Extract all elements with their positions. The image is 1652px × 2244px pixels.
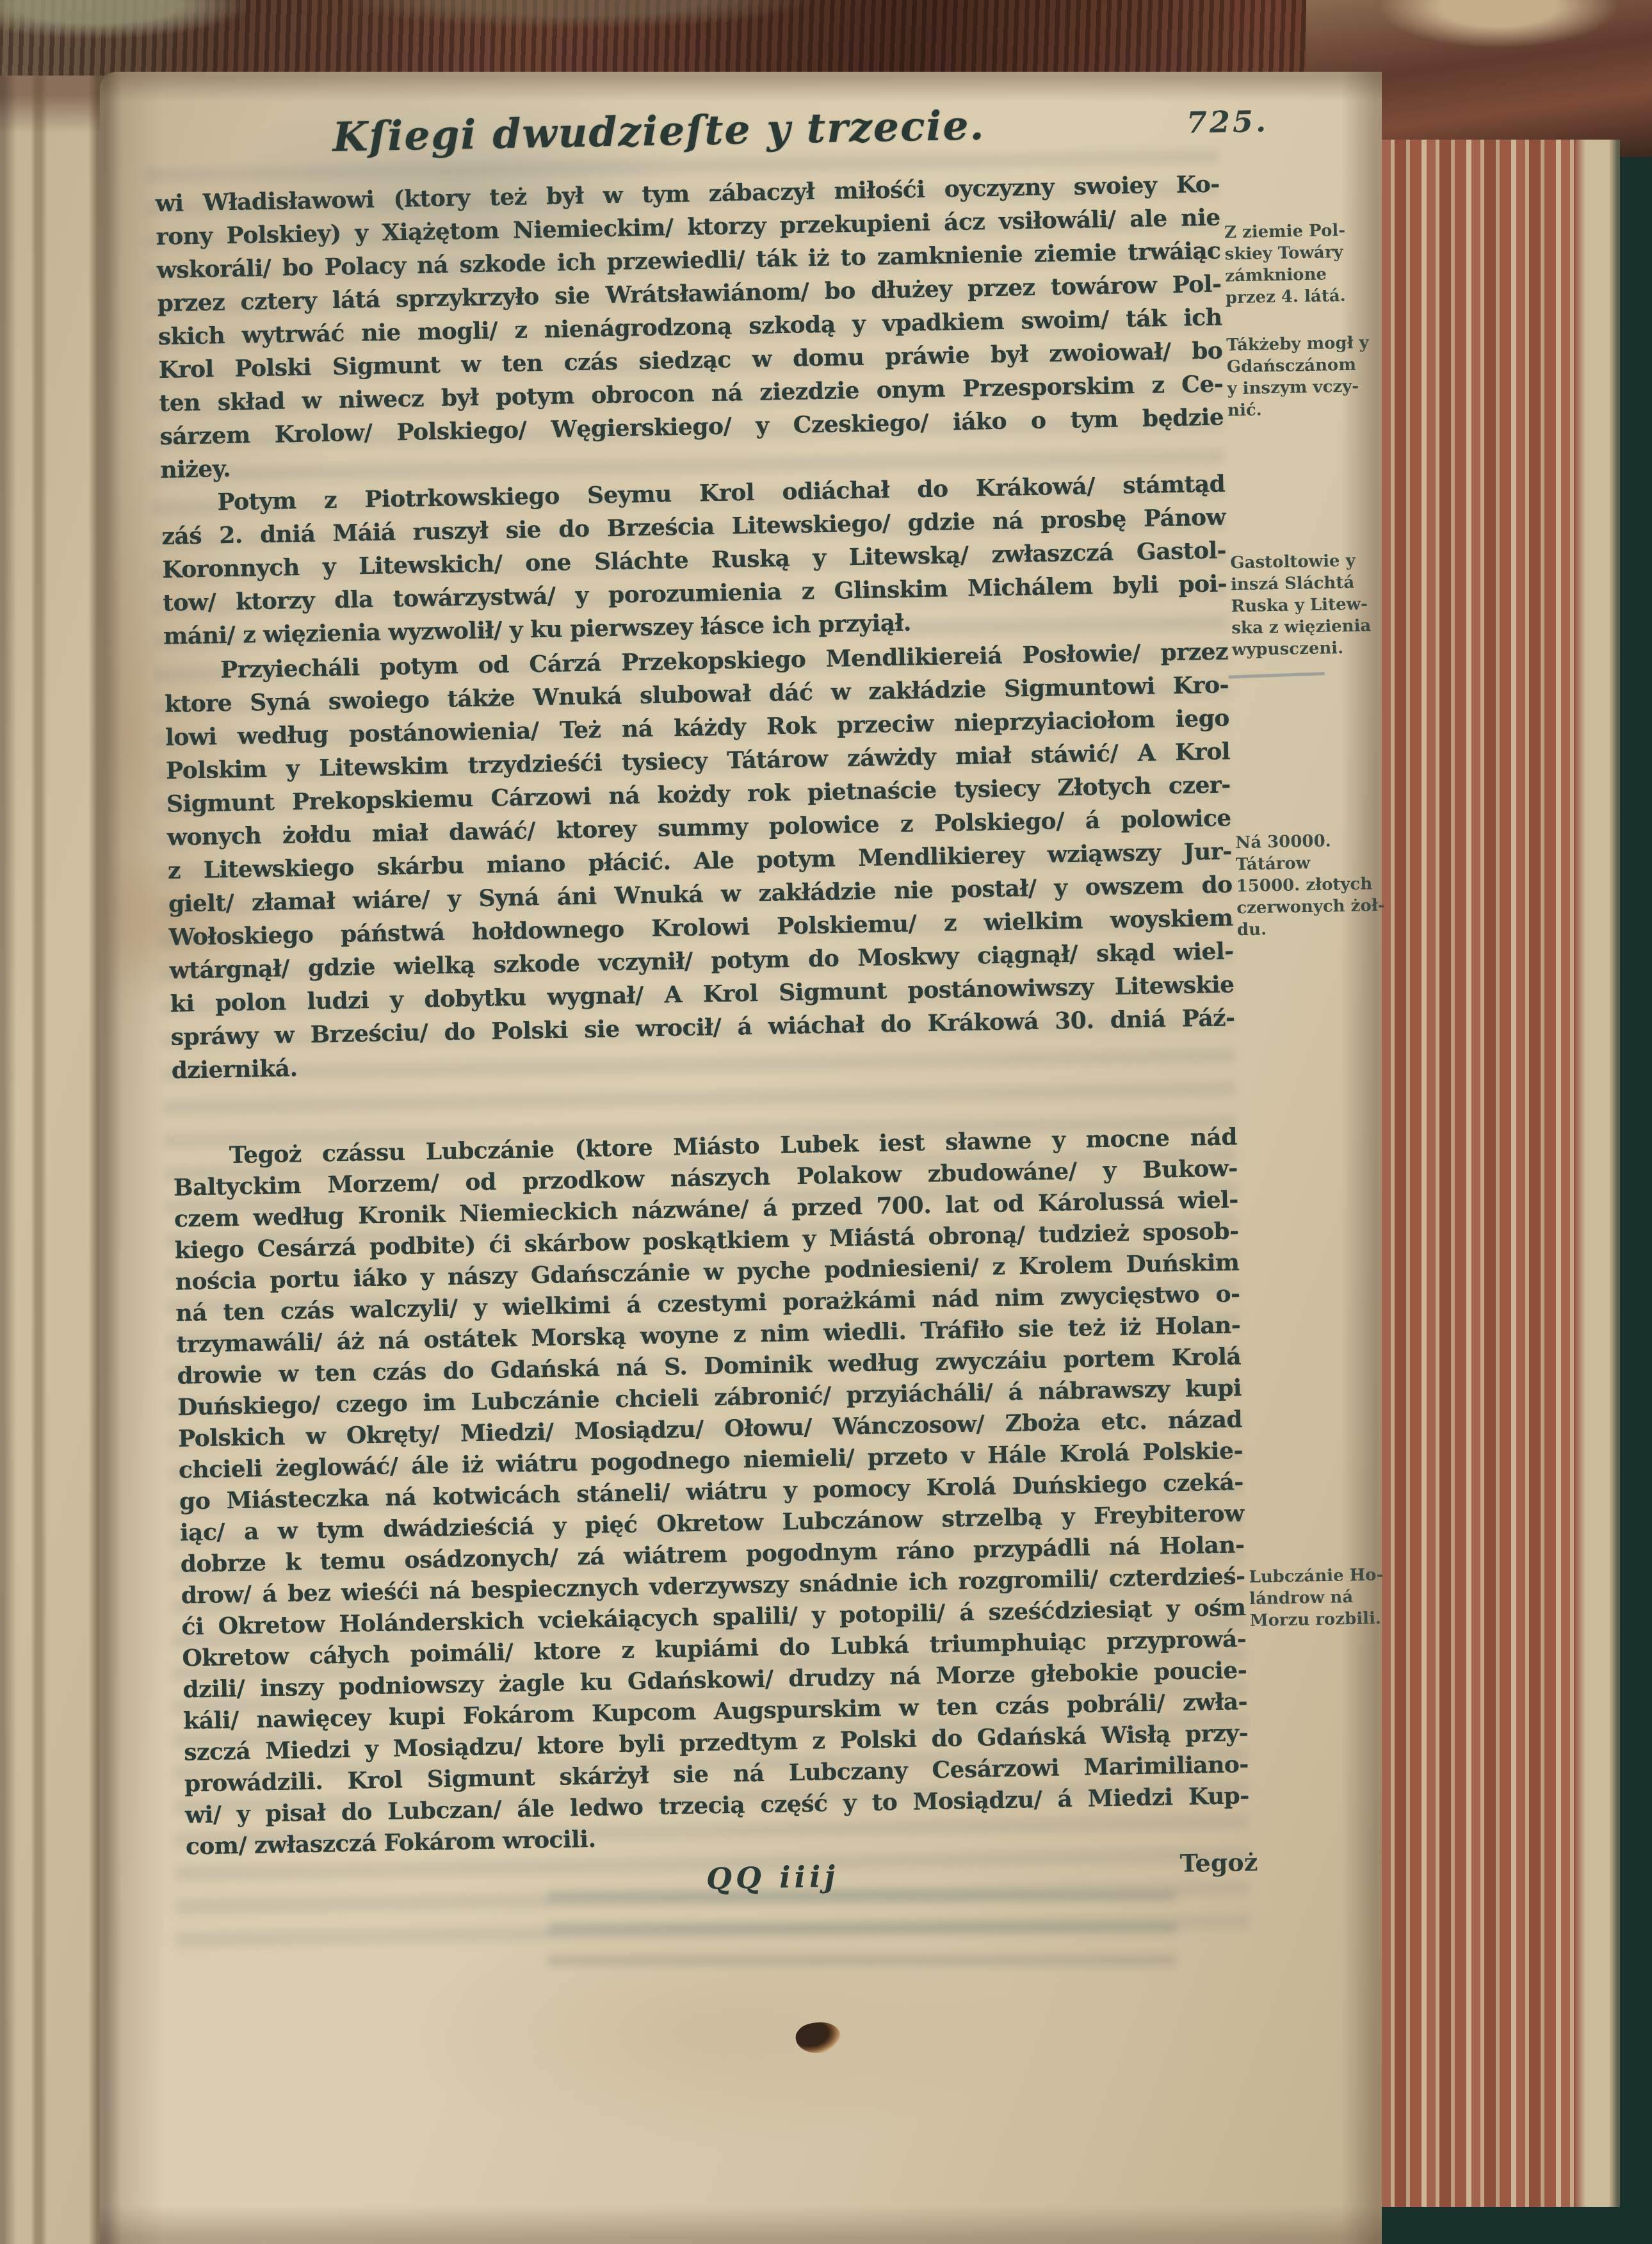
paragraph: Przyiecháli potym od Cárzá Przekopskiego… (164, 635, 1236, 1087)
margin-note: Z ziemie Pol-skiey Towáryzámknioneprzez … (1224, 219, 1393, 309)
paragraph: wi Władisławowi (ktory też był w tym záb… (155, 168, 1224, 487)
catchword: Tegoż (1179, 1848, 1258, 1878)
paragraph-lines: Przyiecháli potym od Cárzá Przekopskiego… (164, 635, 1235, 1053)
paragraph: Potym z Piotrkowskiego Seymu Krol odiách… (161, 467, 1227, 653)
margin-note: Tákżeby mogł yGdańsczánomy inszym vczy-n… (1226, 332, 1395, 422)
margin-note: Lubczánie Ho-lándrow náMorzu rozbili. (1249, 1563, 1418, 1632)
signature-mark: QQ iiij (706, 1859, 839, 1896)
margin-note: Gastoltowie yinszá SláchtáRuska y Litew-… (1230, 549, 1400, 662)
paragraph-lines: Tegoż czássu Lubczánie (ktore Miásto Lub… (173, 1121, 1249, 1831)
paragraph-lines: Potym z Piotrkowskiego Seymu Krol odiách… (161, 467, 1227, 619)
fore-edge-page-stack (1382, 140, 1620, 2207)
margin-note: Ná 30000.Tátárow15000. złotychczerwonych… (1235, 829, 1405, 941)
paragraph-lines: wi Władisławowi (ktory też był w tym záb… (155, 168, 1224, 453)
paragraph: Tegoż czássu Lubczánie (ktore Miásto Lub… (173, 1121, 1250, 1862)
page-title: Kſiegi dwudzieſte y trzecie. (114, 97, 1203, 165)
page-number: 725. (1186, 104, 1268, 140)
printed-text-block: Kſiegi dwudzieſte y trzecie. 725. wi Wła… (154, 82, 1317, 2088)
book-photo: { "page": { "header": { "title": "Kſiegi… (0, 0, 1652, 2244)
